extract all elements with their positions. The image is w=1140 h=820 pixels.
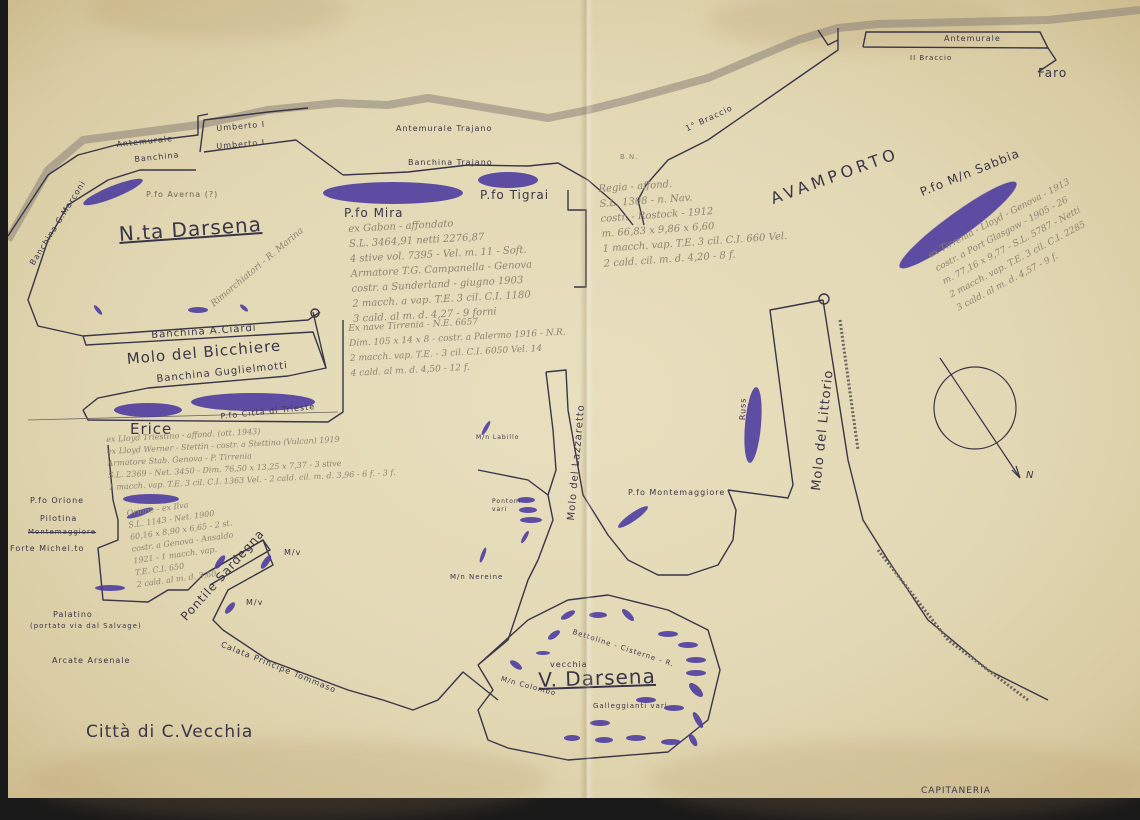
label-ship-montemaggiore-struck: Montemaggiore (28, 528, 96, 536)
label-capitaneria: CAPITANERIA (921, 786, 991, 796)
label-palatino: Palatino (53, 610, 93, 619)
harbor-map: N.ta Darsena AVAMPORTO V. Darsena vecchi… (8, 0, 1140, 798)
note-tirrenia: Ex nave Tirrenia - N.E. 6657 Dim. 105 x … (348, 311, 568, 382)
label-pontoni: Pontoni vari (492, 498, 522, 514)
shore-rocks (878, 550, 1028, 700)
label-forte-michelangelo: Forte Michel.to (10, 544, 84, 553)
label-ship-labillo: M/n Labillo (476, 434, 519, 441)
label-ship-pilotina: Pilotina (40, 514, 77, 523)
note-orione: Orione - ex Ilva S.L. 1143 - Net. 1900 6… (126, 494, 240, 592)
label-ship-mv-2: M/v (246, 598, 263, 607)
label-ship-averna: P.fo Averna (?) (146, 190, 218, 199)
label-bn: B.N. (620, 153, 639, 161)
compass-rose (934, 358, 1020, 478)
compass-north-label: N (1026, 470, 1034, 481)
label-ship-tigrai: P.fo Tigrai (480, 188, 549, 202)
label-antemurale-trajano: Antemurale Trajano (396, 124, 492, 133)
label-ship-nereine: M/n Nereine (450, 573, 503, 581)
label-palatino-note: (portato via dal Salvage) (30, 622, 142, 630)
label-city-title: Città di C.Vecchia (86, 722, 253, 742)
label-ship-mv-1: M/v (284, 548, 301, 557)
label-ship-mira: P.fo Mira (344, 206, 404, 220)
page-fold (580, 0, 594, 798)
note-tigrai: Regia - affond. S.L. 1308 - n. Nav. cost… (598, 169, 789, 272)
label-antemurale-right: Antemurale (944, 34, 1001, 43)
label-ship-orione: P.fo Orione (30, 496, 84, 505)
label-faro: Faro (1038, 66, 1067, 80)
label-arcate-arsenale: Arcate Arsenale (52, 656, 130, 665)
label-secondo-braccio: II Braccio (910, 54, 952, 62)
note-mira: ex Gabon - affondato S.L. 3464,91 netti … (348, 212, 535, 326)
label-ship-montemaggiore: P.fo Montemaggiore (628, 488, 725, 497)
label-banchina-trajano: Banchina Trajano (408, 158, 493, 167)
label-galleggianti: Galleggianti vari (593, 702, 668, 710)
label-ship-russ: Russ (738, 397, 748, 420)
